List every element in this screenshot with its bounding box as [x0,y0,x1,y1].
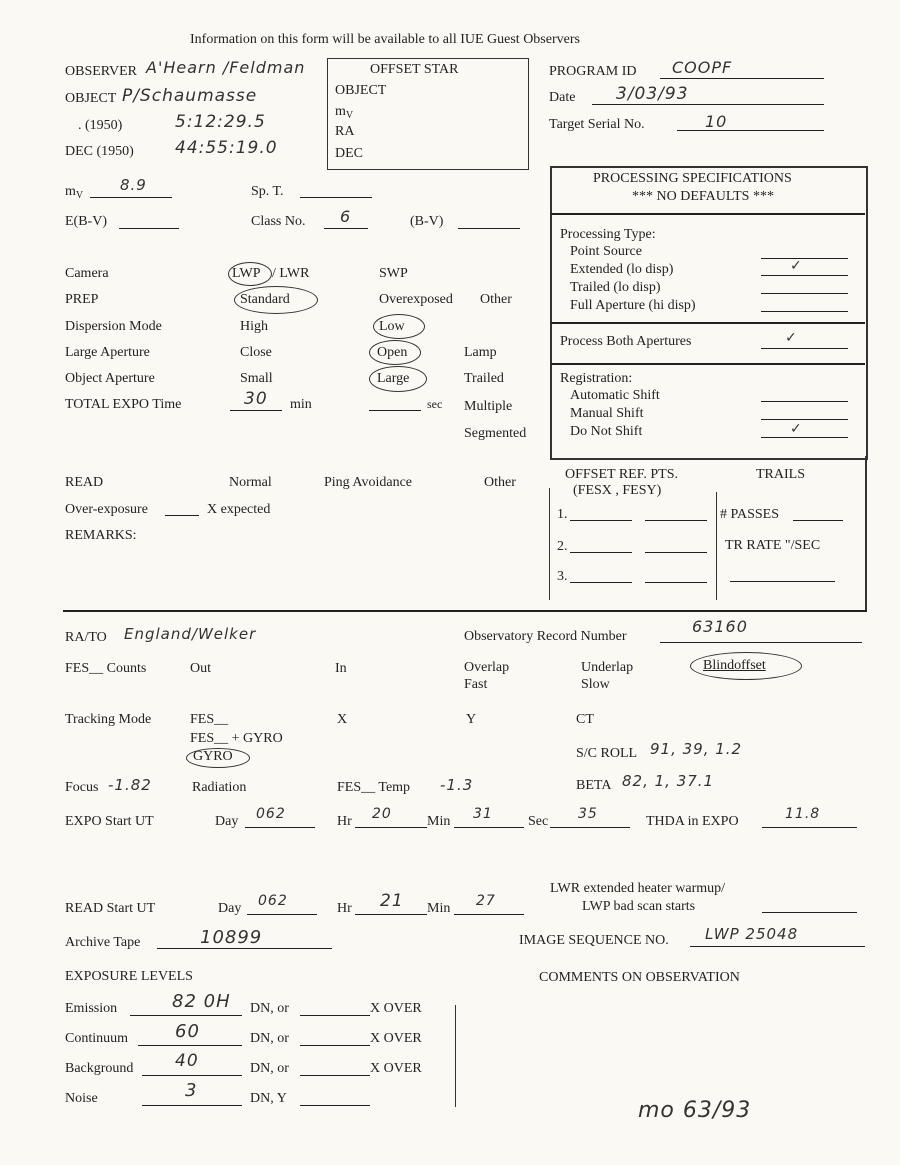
section-divider [63,610,867,612]
exposure-continuum-label: Continuum [65,1031,128,1047]
exposure-emission-value[interactable]: 82 0H [172,991,231,1012]
tr-rate-field[interactable] [730,581,835,582]
prep-label: PREP [65,292,98,308]
observer-value[interactable]: A'Hearn /Feldman [146,58,305,77]
expo-sec-value[interactable]: 35 [578,806,598,822]
exposure-continuum-suffix: DN, or [250,1031,289,1047]
focus-label: Focus [65,780,98,796]
radiation-label: Radiation [192,780,246,796]
exposure-continuum-value[interactable]: 60 [175,1021,200,1042]
exposure-background-label: Background [65,1061,133,1077]
exposure-emission-suffix: DN, or [250,1001,289,1017]
camera-lwp-option[interactable]: LWP [232,266,261,282]
total-expo-sec-unit: sec [427,397,442,412]
spt-field[interactable] [300,197,372,198]
object-aperture-large-option[interactable]: Large [377,371,409,387]
exposure-emission-over-field[interactable] [300,1015,370,1016]
object-aperture-label: Object Aperture [65,371,155,387]
processing-title: PROCESSING SPECIFICATIONS [593,171,792,187]
ebv-label: E(B-V) [65,214,107,230]
point-source-field[interactable] [761,258,848,259]
offset-ref-3-fesx[interactable] [570,582,632,583]
expo-segmented-option[interactable]: Segmented [464,426,526,442]
registration-label: Registration: [560,371,632,387]
observer-label: OBSERVER [65,64,137,80]
camera-label: Camera [65,266,109,282]
exposure-emission-over: X OVER [370,1001,422,1017]
rato-label: RA/TO [65,630,107,646]
thda-value[interactable]: 11.8 [785,806,820,822]
dec-label: DEC (1950) [65,144,134,160]
offset-ref-1-fesx[interactable] [570,520,632,521]
read-ping-option[interactable]: Ping Avoidance [324,475,412,491]
beta-label: BETA [576,778,611,794]
obs-record-value[interactable]: 63160 [692,617,748,636]
overlap-option[interactable]: Overlap [464,660,509,676]
overexposure-field[interactable] [165,515,199,516]
exposure-continuum-over-field[interactable] [300,1045,370,1046]
form-notice: Information on this form will be availab… [190,32,580,48]
dispersion-low-option[interactable]: Low [379,319,405,335]
read-min-label: Min [427,901,450,917]
extended-checkmark[interactable]: ✓ [790,258,802,274]
exposure-noise-y-field[interactable] [300,1105,370,1106]
read-normal-option[interactable]: Normal [229,475,272,491]
thda-label: THDA in EXPO [646,814,739,830]
class-label: Class No. [251,214,305,230]
tracking-gyro-option[interactable]: GYRO [193,749,233,765]
exposure-continuum-over: X OVER [370,1031,422,1047]
read-day-label: Day [218,901,241,917]
overexposure-label: Over-exposure [65,502,148,518]
large-aperture-lamp-option[interactable]: Lamp [464,345,497,361]
serial-label: Target Serial No. [549,117,645,133]
date-value[interactable]: 3/03/93 [616,84,689,104]
fes-temp-label: FES__ Temp [337,780,410,796]
overexposure-suffix: X expected [207,502,270,518]
mv-label: mV [65,184,83,201]
offset-ref-title: OFFSET REF. PTS. [565,467,678,483]
fes-in-label: In [335,661,347,677]
comments-divider [455,1005,456,1107]
read-other-option[interactable]: Other [484,475,516,491]
expo-min-label: Min [427,814,450,830]
lwp-bad-scan-label: LWP bad scan starts [582,899,695,915]
expo-day-value[interactable]: 062 [256,806,286,822]
tracking-mode-label: Tracking Mode [65,712,151,728]
tracking-fes-gyro-option[interactable]: FES__ + GYRO [190,731,283,747]
read-day-value[interactable]: 062 [258,893,288,909]
offset-ref-row-3: 3. [557,569,568,585]
focus-value[interactable]: -1.82 [108,776,152,794]
exposure-noise-suffix: DN, Y [250,1091,287,1107]
exposure-levels-title: EXPOSURE LEVELS [65,969,193,985]
tracking-fes-option[interactable]: FES__ [190,712,228,728]
tr-rate-label: TR RATE "/SEC [725,538,820,554]
offset-star-title: OFFSET STAR [370,62,458,78]
ra-label: . (1950) [78,118,122,134]
rato-value[interactable]: England/Welker [124,625,256,643]
exposure-noise-value[interactable]: 3 [185,1080,197,1101]
expo-min-value[interactable]: 31 [473,806,493,822]
slow-option[interactable]: Slow [581,677,610,693]
mv-value[interactable]: 8.9 [120,176,147,194]
point-source-label: Point Source [570,244,642,260]
spt-label: Sp. T. [251,184,284,200]
offset-ref-row-1: 1. [557,507,568,523]
manual-shift-field[interactable] [761,419,848,420]
expo-start-label: EXPO Start UT [65,814,154,830]
offset-ref-3-fesy[interactable] [645,582,707,583]
read-hr-label: Hr [337,901,352,917]
object-aperture-small-option[interactable]: Small [240,371,273,387]
object-value[interactable]: P/Schaumasse [122,86,257,106]
dispersion-high-option[interactable]: High [240,319,268,335]
large-aperture-open-option[interactable]: Open [377,345,407,361]
program-id-label: PROGRAM ID [549,64,637,80]
program-id-value[interactable]: COOPF [672,58,732,77]
prep-other-option[interactable]: Other [480,292,512,308]
process-both-checkmark[interactable]: ✓ [785,330,797,346]
fast-option[interactable]: Fast [464,677,487,693]
image-seq-label: IMAGE SEQUENCE NO. [519,933,669,949]
full-aperture-label: Full Aperture (hi disp) [570,298,696,314]
offset-star-object: OBJECT [335,83,386,99]
tracking-x-label: X [337,712,347,728]
exposure-background-over: X OVER [370,1061,422,1077]
ra-value[interactable]: 5:12:29.5 [175,112,266,132]
read-hr-value[interactable]: 21 [380,891,404,911]
fes-temp-value[interactable]: -1.3 [440,776,473,794]
offset-ref-2-fesx[interactable] [570,552,632,553]
expo-multiple-option[interactable]: Multiple [464,399,512,415]
date-label: Date [549,90,575,106]
trailed-field[interactable] [761,293,848,294]
dispersion-label: Dispersion Mode [65,319,162,335]
read-min-value[interactable]: 27 [476,893,496,909]
passes-label: # PASSES [720,507,779,523]
tracking-ct-label: CT [576,712,594,728]
expo-hr-label: Hr [337,814,352,830]
obs-record-label: Observatory Record Number [464,629,627,645]
total-expo-label: TOTAL EXPO Time [65,397,181,413]
sc-roll-value[interactable]: 91, 39, 1.2 [650,740,742,758]
total-expo-min-unit: min [290,397,312,413]
exposure-noise-label: Noise [65,1091,98,1107]
ebv-field[interactable] [119,228,179,229]
offset-star-ra: RA [335,124,354,140]
object-label: OBJECT [65,91,116,107]
automatic-shift-field[interactable] [761,401,848,402]
do-not-shift-label: Do Not Shift [570,424,642,440]
expo-sec-label: Sec [528,814,548,830]
read-start-label: READ Start UT [65,901,155,917]
remarks-label: REMARKS: [65,528,137,544]
fes-counts-label: FES__ Counts [65,661,146,677]
expo-hr-value[interactable]: 20 [372,806,392,822]
exposure-background-over-field[interactable] [300,1075,370,1076]
offset-ref-row-2: 2. [557,539,568,555]
offset-star-dec: DEC [335,146,363,162]
read-label: READ [65,475,103,491]
passes-field[interactable] [793,520,843,521]
trails-title: TRAILS [756,467,805,483]
large-aperture-close-option[interactable]: Close [240,345,272,361]
beta-value[interactable]: 82, 1, 37.1 [622,772,714,790]
automatic-shift-label: Automatic Shift [570,388,660,404]
large-aperture-label: Large Aperture [65,345,150,361]
full-aperture-field[interactable] [761,311,848,312]
comments-title: COMMENTS ON OBSERVATION [539,970,740,986]
tracking-y-label: Y [466,712,476,728]
underlap-option[interactable]: Underlap [581,660,633,676]
dec-value[interactable]: 44:55:19.0 [175,138,278,158]
signature: mo 63/93 [638,1098,751,1123]
object-aperture-trailed-option[interactable]: Trailed [464,371,504,387]
camera-lwr-option[interactable]: / LWR [272,266,309,282]
offset-ref-subtitle: (FESX , FESY) [573,483,661,499]
prep-overexposed-option[interactable]: Overexposed [379,292,453,308]
bv-field[interactable] [458,228,520,229]
sc-roll-label: S/C ROLL [576,746,637,762]
prep-standard-option[interactable]: Standard [240,292,290,308]
total-expo-sec-field[interactable] [369,410,421,411]
image-seq-value[interactable]: LWP 25048 [705,925,798,943]
offset-ref-2-fesy[interactable] [645,552,707,553]
manual-shift-label: Manual Shift [570,406,644,422]
bv-label: (B-V) [410,214,443,230]
offset-star-mv: mV [335,104,353,121]
archive-tape-value[interactable]: 10899 [200,927,262,948]
processing-subtitle: *** NO DEFAULTS *** [632,189,774,205]
fes-out-label: Out [190,661,211,677]
extended-label: Extended (lo disp) [570,262,673,278]
lwr-heater-label: LWR extended heater warmup/ [550,881,725,897]
expo-day-label: Day [215,814,238,830]
archive-tape-label: Archive Tape [65,935,140,951]
exposure-emission-label: Emission [65,1001,117,1017]
exposure-background-suffix: DN, or [250,1061,289,1077]
lwp-bad-scan-field[interactable] [762,912,857,913]
class-value[interactable]: 6 [340,207,351,226]
blindoffset-option[interactable]: Blindoffset [703,658,766,674]
processing-type-label: Processing Type: [560,227,656,243]
process-both-label: Process Both Apertures [560,334,691,350]
total-expo-min-value[interactable]: 30 [244,389,268,409]
camera-swp-option[interactable]: SWP [379,266,408,282]
serial-value[interactable]: 10 [705,112,727,131]
exposure-background-value[interactable]: 40 [175,1051,199,1071]
do-not-shift-checkmark[interactable]: ✓ [790,421,802,437]
trailed-label: Trailed (lo disp) [570,280,660,296]
offset-ref-1-fesy[interactable] [645,520,707,521]
